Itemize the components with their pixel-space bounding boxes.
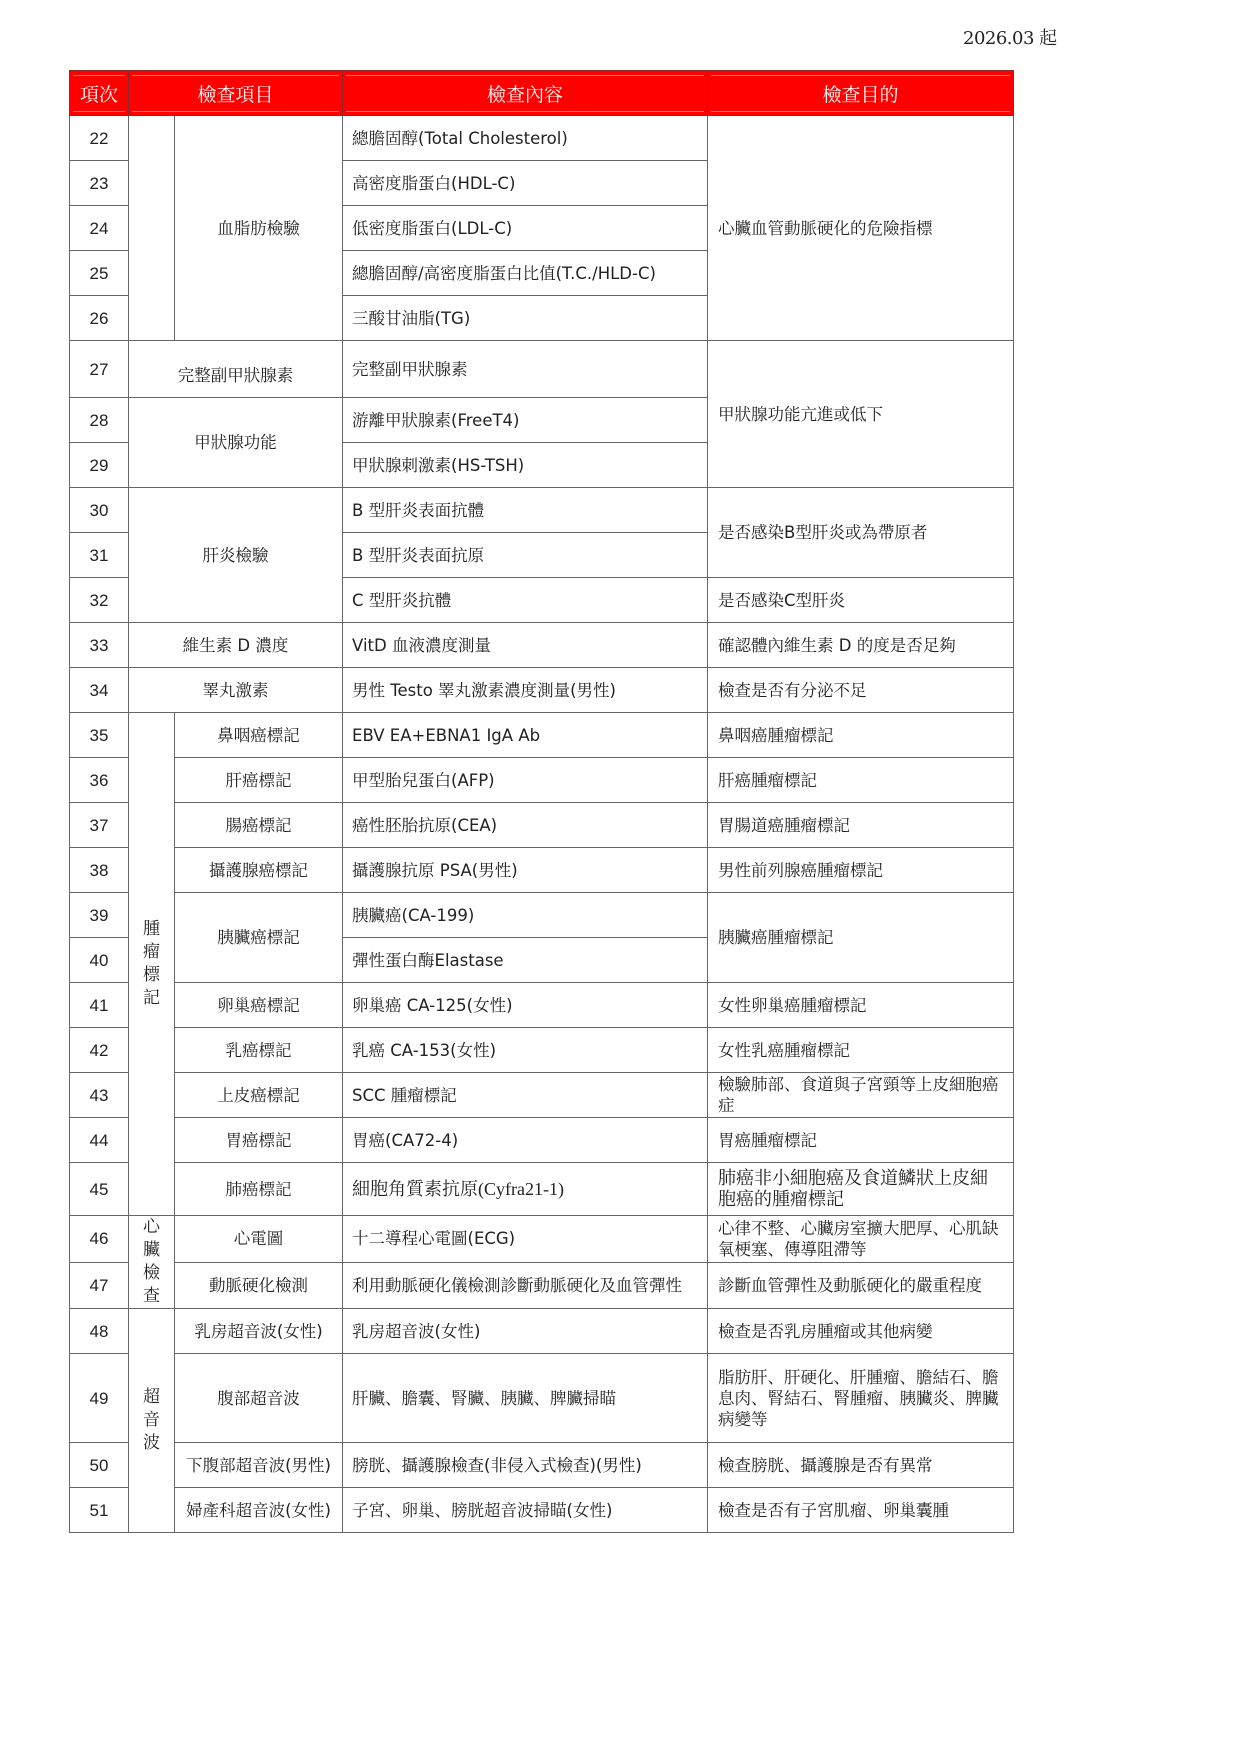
row-content: EBV EA+EBNA1 IgA Ab <box>343 713 708 758</box>
header-purpose: 檢查目的 <box>708 71 1014 116</box>
row-no: 23 <box>70 161 129 206</box>
row-no: 22 <box>70 116 129 161</box>
health-check-table: 項次 檢查項目 檢查內容 檢查目的 22 血脂肪檢驗 總膽固醇(Total Ch… <box>69 70 1014 1533</box>
row-no: 45 <box>70 1163 129 1216</box>
row-item: 卵巢癌標記 <box>175 983 343 1028</box>
header-content: 檢查內容 <box>343 71 708 116</box>
table-row: 43 上皮癌標記 SCC 腫瘤標記 檢驗肺部、食道與子宮頸等上皮細胞癌症 <box>70 1073 1014 1118</box>
item-testo: 睪丸激素 <box>129 668 343 713</box>
row-content: 乳房超音波(女性) <box>343 1309 708 1354</box>
category-tumor: 腫瘤標記 <box>129 713 175 1216</box>
table-row: 27 完整副甲狀腺素 完整副甲狀腺素 甲狀腺功能亢進或低下 <box>70 341 1014 398</box>
table-row: 45 肺癌標記 細胞角質素抗原(Cyfra21-1) 肺癌非小細胞癌及食道鱗狀上… <box>70 1163 1014 1216</box>
row-content: 細胞角質素抗原(Cyfra21-1) <box>343 1163 708 1216</box>
row-item: 動脈硬化檢測 <box>175 1262 343 1309</box>
row-purpose: 診斷血管彈性及動脈硬化的嚴重程度 <box>708 1262 1014 1309</box>
purpose-hepatitis-b: 是否感染B型肝炎或為帶原者 <box>708 488 1014 578</box>
row-content: 癌性胚胎抗原(CEA) <box>343 803 708 848</box>
row-no: 47 <box>70 1262 129 1309</box>
row-content: 總膽固醇/高密度脂蛋白比值(T.C./HLD-C) <box>343 251 708 296</box>
category-blank <box>129 116 175 341</box>
table-row: 39 胰臟癌標記 胰臟癌(CA-199) 胰臟癌腫瘤標記 <box>70 893 1014 938</box>
row-content: 低密度脂蛋白(LDL-C) <box>343 206 708 251</box>
effective-date: 2026.03 起 <box>963 24 1057 50</box>
row-no: 27 <box>70 341 129 398</box>
table-row: 22 血脂肪檢驗 總膽固醇(Total Cholesterol) 心臟血管動脈硬… <box>70 116 1014 161</box>
purpose-pancreas: 胰臟癌腫瘤標記 <box>708 893 1014 983</box>
row-purpose: 檢驗肺部、食道與子宮頸等上皮細胞癌症 <box>708 1073 1014 1118</box>
purpose-lipid: 心臟血管動脈硬化的危險指標 <box>708 116 1014 341</box>
row-content: 攝護腺抗原 PSA(男性) <box>343 848 708 893</box>
row-no: 28 <box>70 398 129 443</box>
row-item: 乳房超音波(女性) <box>175 1309 343 1354</box>
item-pth: 完整副甲狀腺素 <box>129 341 343 398</box>
row-item: 肺癌標記 <box>175 1163 343 1216</box>
row-purpose: 女性乳癌腫瘤標記 <box>708 1028 1014 1073</box>
row-item: 下腹部超音波(男性) <box>175 1443 343 1488</box>
table-row: 30 肝炎檢驗 B 型肝炎表面抗體 是否感染B型肝炎或為帶原者 <box>70 488 1014 533</box>
row-content: 乳癌 CA-153(女性) <box>343 1028 708 1073</box>
header-item: 檢查項目 <box>129 71 343 116</box>
row-purpose: 檢查是否有子宮肌瘤、卵巢囊腫 <box>708 1488 1014 1533</box>
table-row: 50 下腹部超音波(男性) 膀胱、攝護腺檢查(非侵入式檢查)(男性) 檢查膀胱、… <box>70 1443 1014 1488</box>
table-row: 41 卵巢癌標記 卵巢癌 CA-125(女性) 女性卵巢癌腫瘤標記 <box>70 983 1014 1028</box>
row-no: 35 <box>70 713 129 758</box>
row-purpose: 胃癌腫瘤標記 <box>708 1118 1014 1163</box>
purpose-hepatitis-c: 是否感染C型肝炎 <box>708 578 1014 623</box>
row-no: 44 <box>70 1118 129 1163</box>
table-row: 38 攝護腺癌標記 攝護腺抗原 PSA(男性) 男性前列腺癌腫瘤標記 <box>70 848 1014 893</box>
row-no: 39 <box>70 893 129 938</box>
row-no: 32 <box>70 578 129 623</box>
row-purpose: 肺癌非小細胞癌及食道鱗狀上皮細胞癌的腫瘤標記 <box>708 1163 1014 1216</box>
row-content: 總膽固醇(Total Cholesterol) <box>343 116 708 161</box>
row-item: 上皮癌標記 <box>175 1073 343 1118</box>
row-no: 42 <box>70 1028 129 1073</box>
row-no: 33 <box>70 623 129 668</box>
row-item: 心電圖 <box>175 1216 343 1263</box>
row-no: 40 <box>70 938 129 983</box>
row-content: VitD 血液濃度測量 <box>343 623 708 668</box>
row-item: 肝癌標記 <box>175 758 343 803</box>
row-no: 50 <box>70 1443 129 1488</box>
table-row: 48 超音波 乳房超音波(女性) 乳房超音波(女性) 檢查是否乳房腫瘤或其他病變 <box>70 1309 1014 1354</box>
row-no: 29 <box>70 443 129 488</box>
row-content: 彈性蛋白酶Elastase <box>343 938 708 983</box>
item-hepatitis: 肝炎檢驗 <box>129 488 343 623</box>
row-no: 25 <box>70 251 129 296</box>
row-item: 攝護腺癌標記 <box>175 848 343 893</box>
row-content: 子宮、卵巢、膀胱超音波掃瞄(女性) <box>343 1488 708 1533</box>
row-content: 完整副甲狀腺素 <box>343 341 708 398</box>
row-content: 肝臟、膽囊、腎臟、胰臟、脾臟掃瞄 <box>343 1354 708 1443</box>
row-purpose: 檢查是否有分泌不足 <box>708 668 1014 713</box>
category-ultrasound: 超音波 <box>129 1309 175 1533</box>
table-row: 47 動脈硬化檢測 利用動脈硬化儀檢測診斷動脈硬化及血管彈性 診斷血管彈性及動脈… <box>70 1262 1014 1309</box>
row-purpose: 胃腸道癌腫瘤標記 <box>708 803 1014 848</box>
item-lipid: 血脂肪檢驗 <box>175 116 343 341</box>
row-item: 腸癌標記 <box>175 803 343 848</box>
row-content: 利用動脈硬化儀檢測診斷動脈硬化及血管彈性 <box>343 1262 708 1309</box>
table-row: 37 腸癌標記 癌性胚胎抗原(CEA) 胃腸道癌腫瘤標記 <box>70 803 1014 848</box>
row-content: B 型肝炎表面抗體 <box>343 488 708 533</box>
row-content: SCC 腫瘤標記 <box>343 1073 708 1118</box>
row-purpose: 檢查膀胱、攝護腺是否有異常 <box>708 1443 1014 1488</box>
purpose-thyroid: 甲狀腺功能亢進或低下 <box>708 341 1014 488</box>
row-no: 43 <box>70 1073 129 1118</box>
row-item: 乳癌標記 <box>175 1028 343 1073</box>
row-purpose: 心律不整、心臟房室擴大肥厚、心肌缺氧梗塞、傳導阻滯等 <box>708 1216 1014 1263</box>
row-content: 甲型胎兒蛋白(AFP) <box>343 758 708 803</box>
row-content: 高密度脂蛋白(HDL-C) <box>343 161 708 206</box>
row-no: 51 <box>70 1488 129 1533</box>
item-pancreas: 胰臟癌標記 <box>175 893 343 983</box>
row-content: 膀胱、攝護腺檢查(非侵入式檢查)(男性) <box>343 1443 708 1488</box>
row-content: 三酸甘油脂(TG) <box>343 296 708 341</box>
item-vitd: 維生素 D 濃度 <box>129 623 343 668</box>
row-no: 30 <box>70 488 129 533</box>
row-no: 46 <box>70 1216 129 1263</box>
row-content: 十二導程心電圖(ECG) <box>343 1216 708 1263</box>
row-no: 41 <box>70 983 129 1028</box>
row-item: 胃癌標記 <box>175 1118 343 1163</box>
table-row: 44 胃癌標記 胃癌(CA72-4) 胃癌腫瘤標記 <box>70 1118 1014 1163</box>
row-item: 婦產科超音波(女性) <box>175 1488 343 1533</box>
row-content: C 型肝炎抗體 <box>343 578 708 623</box>
row-no: 48 <box>70 1309 129 1354</box>
row-content: B 型肝炎表面抗原 <box>343 533 708 578</box>
row-no: 31 <box>70 533 129 578</box>
row-item: 腹部超音波 <box>175 1354 343 1443</box>
table-row: 33 維生素 D 濃度 VitD 血液濃度測量 確認體內維生素 D 的度是否足夠 <box>70 623 1014 668</box>
row-purpose: 肝癌腫瘤標記 <box>708 758 1014 803</box>
category-cardiac: 心臟檢查 <box>129 1216 175 1309</box>
table-row: 51 婦產科超音波(女性) 子宮、卵巢、膀胱超音波掃瞄(女性) 檢查是否有子宮肌… <box>70 1488 1014 1533</box>
row-content: 男性 Testo 睪丸激素濃度測量(男性) <box>343 668 708 713</box>
row-content: 胃癌(CA72-4) <box>343 1118 708 1163</box>
table-row: 49 腹部超音波 肝臟、膽囊、腎臟、胰臟、脾臟掃瞄 脂肪肝、肝硬化、肝腫瘤、膽結… <box>70 1354 1014 1443</box>
table-row: 46 心臟檢查 心電圖 十二導程心電圖(ECG) 心律不整、心臟房室擴大肥厚、心… <box>70 1216 1014 1263</box>
row-content: 游離甲狀腺素(FreeT4) <box>343 398 708 443</box>
header-no: 項次 <box>70 71 129 116</box>
row-content: 甲狀腺刺激素(HS-TSH) <box>343 443 708 488</box>
row-no: 24 <box>70 206 129 251</box>
row-item: 鼻咽癌標記 <box>175 713 343 758</box>
row-content: 卵巢癌 CA-125(女性) <box>343 983 708 1028</box>
row-no: 38 <box>70 848 129 893</box>
table-row: 35 腫瘤標記 鼻咽癌標記 EBV EA+EBNA1 IgA Ab 鼻咽癌腫瘤標… <box>70 713 1014 758</box>
table-header-row: 項次 檢查項目 檢查內容 檢查目的 <box>70 71 1014 116</box>
row-no: 37 <box>70 803 129 848</box>
row-purpose: 女性卵巢癌腫瘤標記 <box>708 983 1014 1028</box>
row-no: 26 <box>70 296 129 341</box>
row-purpose: 男性前列腺癌腫瘤標記 <box>708 848 1014 893</box>
row-purpose: 確認體內維生素 D 的度是否足夠 <box>708 623 1014 668</box>
row-purpose: 檢查是否乳房腫瘤或其他病變 <box>708 1309 1014 1354</box>
item-thyroid: 甲狀腺功能 <box>129 398 343 488</box>
row-content: 胰臟癌(CA-199) <box>343 893 708 938</box>
table-row: 34 睪丸激素 男性 Testo 睪丸激素濃度測量(男性) 檢查是否有分泌不足 <box>70 668 1014 713</box>
table-row: 36 肝癌標記 甲型胎兒蛋白(AFP) 肝癌腫瘤標記 <box>70 758 1014 803</box>
row-no: 36 <box>70 758 129 803</box>
row-no: 34 <box>70 668 129 713</box>
table-row: 42 乳癌標記 乳癌 CA-153(女性) 女性乳癌腫瘤標記 <box>70 1028 1014 1073</box>
row-no: 49 <box>70 1354 129 1443</box>
row-purpose: 鼻咽癌腫瘤標記 <box>708 713 1014 758</box>
row-purpose: 脂肪肝、肝硬化、肝腫瘤、膽結石、膽息肉、腎結石、腎腫瘤、胰臟炎、脾臟病變等 <box>708 1354 1014 1443</box>
